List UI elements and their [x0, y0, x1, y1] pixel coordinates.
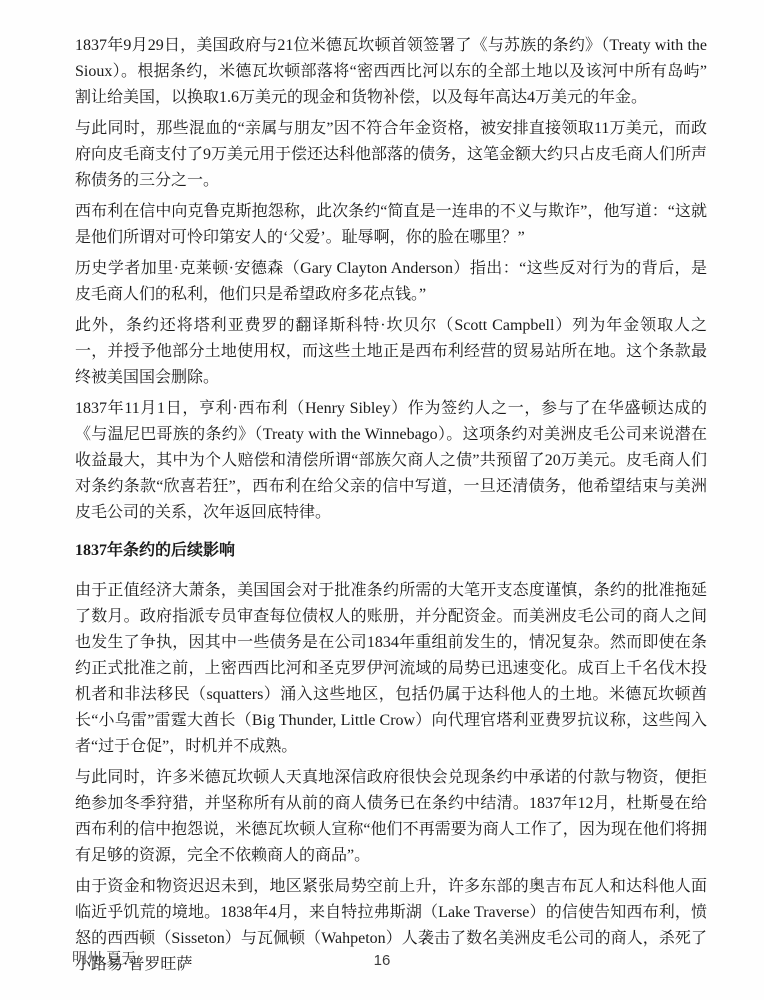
paragraph-mixed-blood-payments: 与此同时，那些混血的“亲属与朋友”因不符合年金资格，被安排直接领取11万美元，而… [75, 116, 707, 194]
paragraph-campbell-clause: 此外，条约还将塔利亚费罗的翻译斯科特·坎贝尔（Scott Campbell）列为… [75, 313, 707, 391]
paragraph-mdewakanton-refusal: 与此同时，许多米德瓦坎顿人天真地深信政府很快会兑现条约中承诺的付款与物资，便拒绝… [75, 765, 707, 869]
page-number: 16 [0, 950, 764, 972]
page-footer: 明州 夏天 16 [0, 948, 764, 970]
paragraph-anderson-quote: 历史学者加里·克莱顿·安德森（Gary Clayton Anderson）指出：… [75, 256, 707, 308]
paragraph-treaty-signing: 1837年9月29日，美国政府与21位米德瓦坎顿首领签署了《与苏族的条约》（Tr… [75, 33, 707, 111]
page-content: 1837年9月29日，美国政府与21位米德瓦坎顿首领签署了《与苏族的条约》（Tr… [75, 33, 707, 983]
paragraph-winnebago-treaty: 1837年11月1日，亨利·西布利（Henry Sibley）作为签约人之一，参… [75, 396, 707, 526]
paragraph-sibley-complaint: 西布利在信中向克鲁克斯抱怨称，此次条约“简直是一连串的不义与欺诈”，他写道：“这… [75, 199, 707, 251]
document-page: 1837年9月29日，美国政府与21位米德瓦坎顿首领签署了《与苏族的条约》（Tr… [0, 0, 764, 1000]
paragraph-ratification-delay: 由于正值经济大萧条，美国国会对于批准条约所需的大笔开支态度谨慎，条约的批准拖延了… [75, 578, 707, 760]
section-heading: 1837年条约的后续影响 [75, 540, 707, 562]
